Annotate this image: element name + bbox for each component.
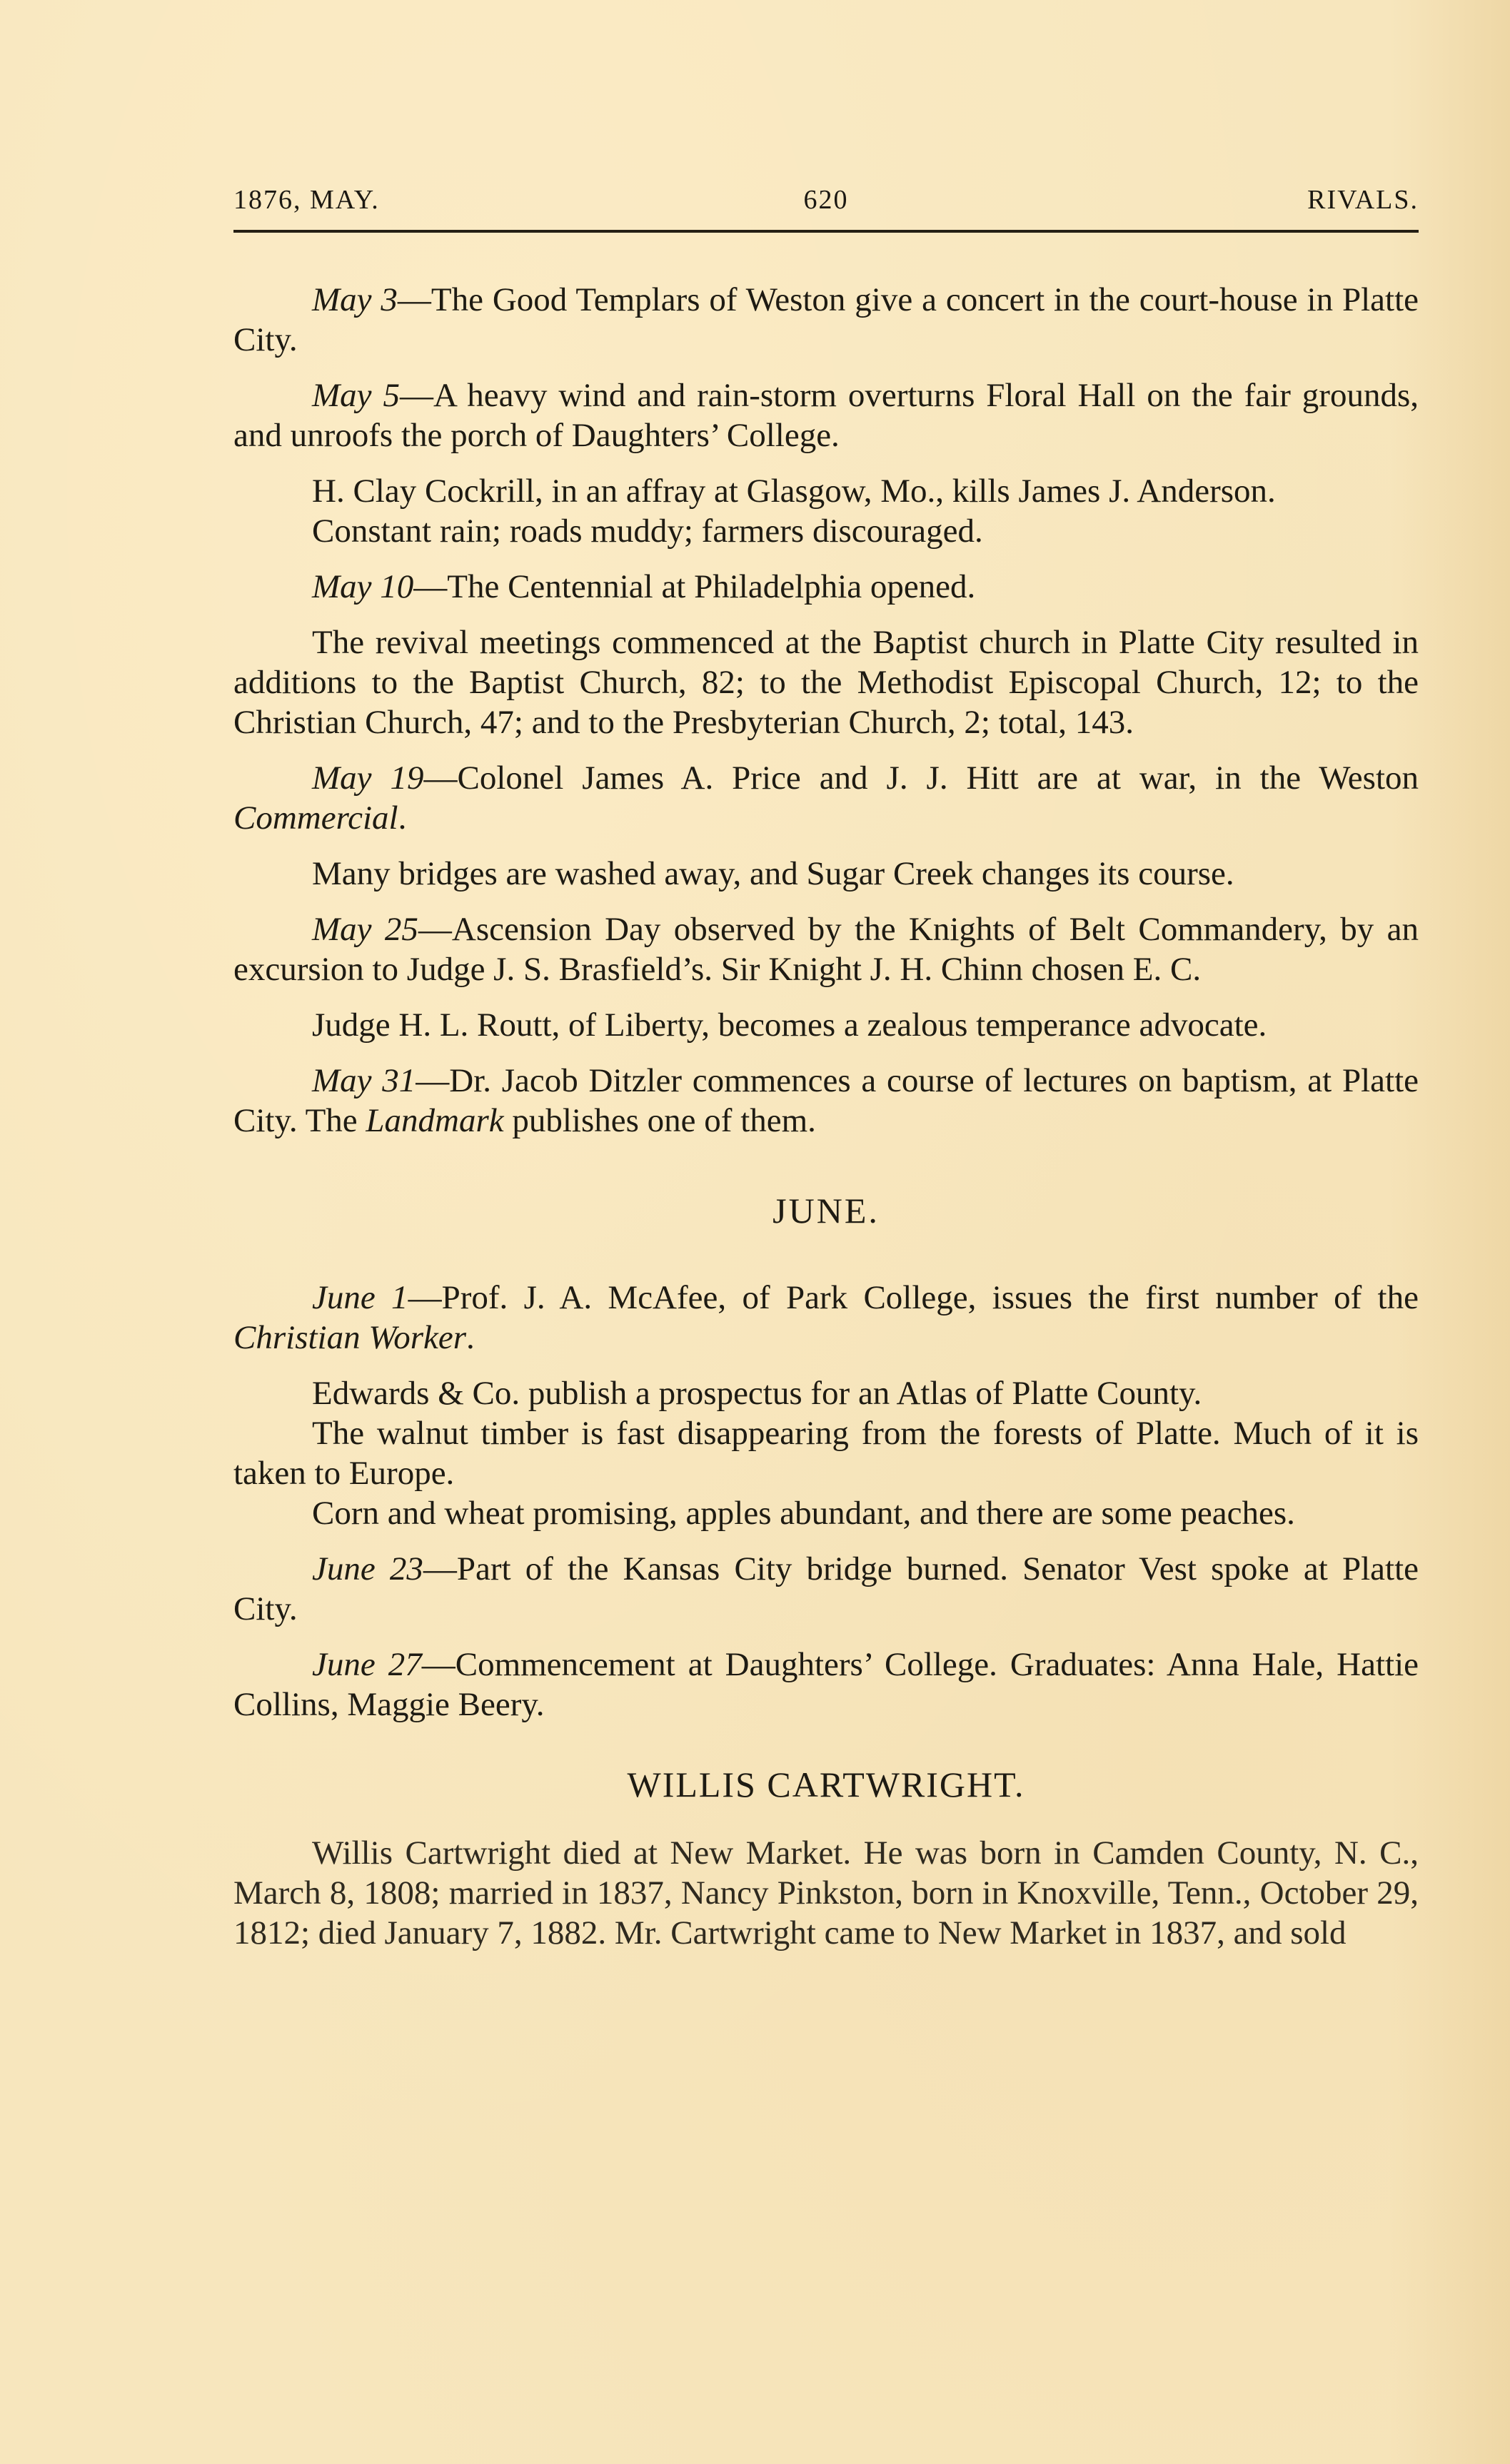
header-rule [233,230,1419,233]
bio-text: Willis Cartwright died at New Market. He… [233,1834,1419,1951]
page-number: 620 [233,184,1419,216]
entry-routt: Judge H. L. Routt, of Liberty, becomes a… [233,1005,1419,1045]
entry-cockrill: H. Clay Cockrill, in an affray at Glasgo… [233,471,1419,511]
entry-may-19: May 19—Colonel James A. Price and J. J. … [233,758,1419,838]
entry-text: Judge H. L. Routt, of Liberty, becomes a… [312,1006,1267,1044]
entry-corn-wheat: Corn and wheat promising, apples abundan… [233,1493,1419,1533]
entry-date: May 10 [312,568,413,605]
section-heading-willis-cartwright: WILLIS CARTWRIGHT. [233,1764,1419,1804]
entry-constant-rain: Constant rain; roads muddy; farmers disc… [233,511,1419,551]
newspaper-title: Landmark [366,1102,503,1139]
entry-date: May 25 [312,911,418,948]
entry-text: Colonel James A. Price and J. J. Hitt ar… [457,759,1419,797]
entry-date: May 19 [312,759,423,797]
entry-date: May 5 [312,377,400,414]
entry-june-27: June 27—Commencement at Daughters’ Colle… [233,1645,1419,1725]
section-heading-june: JUNE. [233,1191,1419,1231]
entry-walnut-timber: The walnut timber is fast disappearing f… [233,1413,1419,1493]
page-body: May 3—The Good Templars of Weston give a… [233,280,1419,1969]
entry-text: Edwards & Co. publish a prospectus for a… [312,1375,1202,1412]
entry-text: The walnut timber is fast disappearing f… [233,1415,1419,1492]
entry-text: H. Clay Cockrill, in an affray at Glasgo… [312,473,1276,510]
entry-may-5: May 5—A heavy wind and rain-storm overtu… [233,375,1419,455]
entry-date: June 23 [312,1550,423,1587]
running-head: 1876, MAY. 620 RIVALS. [233,184,1419,220]
entry-text: Corn and wheat promising, apples abundan… [312,1495,1295,1532]
entry-june-1: June 1—Prof. J. A. McAfee, of Park Colle… [233,1278,1419,1358]
entry-text: Many bridges are washed away, and Sugar … [312,855,1234,892]
entry-text: Constant rain; roads muddy; farmers disc… [312,513,983,550]
entry-june-23: June 23—Part of the Kansas City bridge b… [233,1549,1419,1629]
entry-may-10: May 10—The Centennial at Philadelphia op… [233,567,1419,607]
entry-text: The revival meetings commenced at the Ba… [233,624,1419,741]
entry-date: June 27 [312,1646,422,1683]
bio-willis-cartwright: Willis Cartwright died at New Market. He… [233,1833,1419,1953]
newspaper-title: Christian Worker [233,1319,466,1356]
entry-date: May 31 [312,1062,416,1099]
entry-may-25: May 25—Ascension Day observed by the Kni… [233,909,1419,989]
entry-date: May 3 [312,281,398,318]
entry-revival-meetings: The revival meetings commenced at the Ba… [233,622,1419,742]
entry-may-31: May 31—Dr. Jacob Ditzler commences a cou… [233,1061,1419,1141]
entry-edwards-atlas: Edwards & Co. publish a prospectus for a… [233,1373,1419,1413]
newspaper-title: Commercial [233,799,398,837]
entry-text: The Centennial at Philadelphia opened. [447,568,975,605]
entry-bridges: Many bridges are washed away, and Sugar … [233,854,1419,894]
entry-may-3: May 3—The Good Templars of Weston give a… [233,280,1419,360]
running-head-title: RIVALS. [1307,184,1419,216]
entry-date: June 1 [312,1279,408,1316]
entry-text: Prof. J. A. McAfee, of Park College, iss… [442,1279,1419,1316]
